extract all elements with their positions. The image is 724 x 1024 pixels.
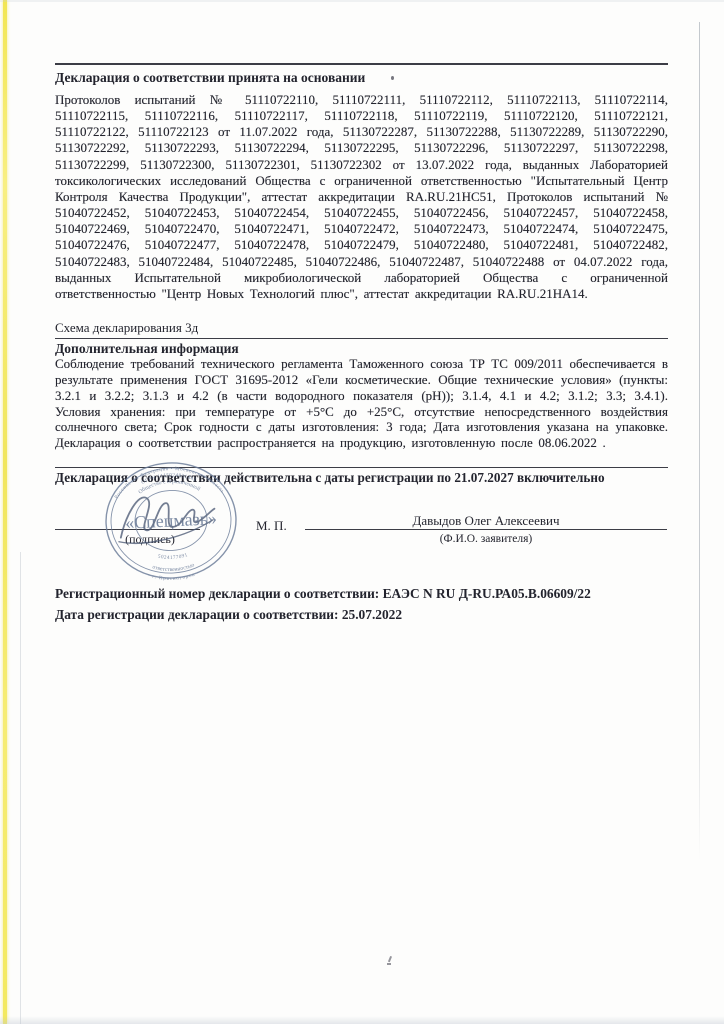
page-edge-line-left [20, 552, 21, 1024]
mp-label: М. П. [256, 518, 287, 534]
divider-scheme [55, 338, 668, 339]
scan-speck-2 [387, 963, 391, 965]
registration-date-line: Дата регистрации декларации о соответств… [55, 607, 402, 623]
scan-speck [388, 956, 392, 962]
ink-speck [391, 76, 394, 80]
section-additional-body: Соблюдение требований технического регла… [55, 356, 668, 467]
page-edge-line-right [699, 22, 700, 860]
stamp-inn-text: 5024177091 [157, 552, 189, 562]
section-additional-title: Дополнительная информация [55, 341, 239, 357]
scan-bottom-shadow [0, 1016, 724, 1024]
stamp-seal-graphic: Российская Федерация • Московская област… [101, 458, 241, 584]
registration-number-line: Регистрационный номер декларации о соотв… [55, 586, 591, 602]
signer-caption: (Ф.И.О. заявителя) [305, 533, 667, 545]
svg-text:5024177091: 5024177091 [157, 552, 189, 562]
section-basis-body: Протоколов испытаний № 51110722110, 5111… [55, 92, 668, 319]
divider-top [55, 63, 668, 65]
company-stamp: Российская Федерация • Московская област… [101, 458, 241, 584]
scan-edge-yellow-strip [3, 0, 7, 1024]
document-page: Декларация о соответствии принята на осн… [0, 0, 724, 1024]
scheme-line: Схема декларирования 3д [55, 320, 198, 336]
stamp-center-text: «Спецмазь» [125, 508, 218, 533]
scan-top-shadow [0, 0, 724, 2]
signature-line-right [305, 529, 667, 530]
section-basis-title: Декларация о соответствии принята на осн… [55, 70, 365, 86]
signer-name: Давыдов Олег Алексеевич [305, 513, 667, 529]
